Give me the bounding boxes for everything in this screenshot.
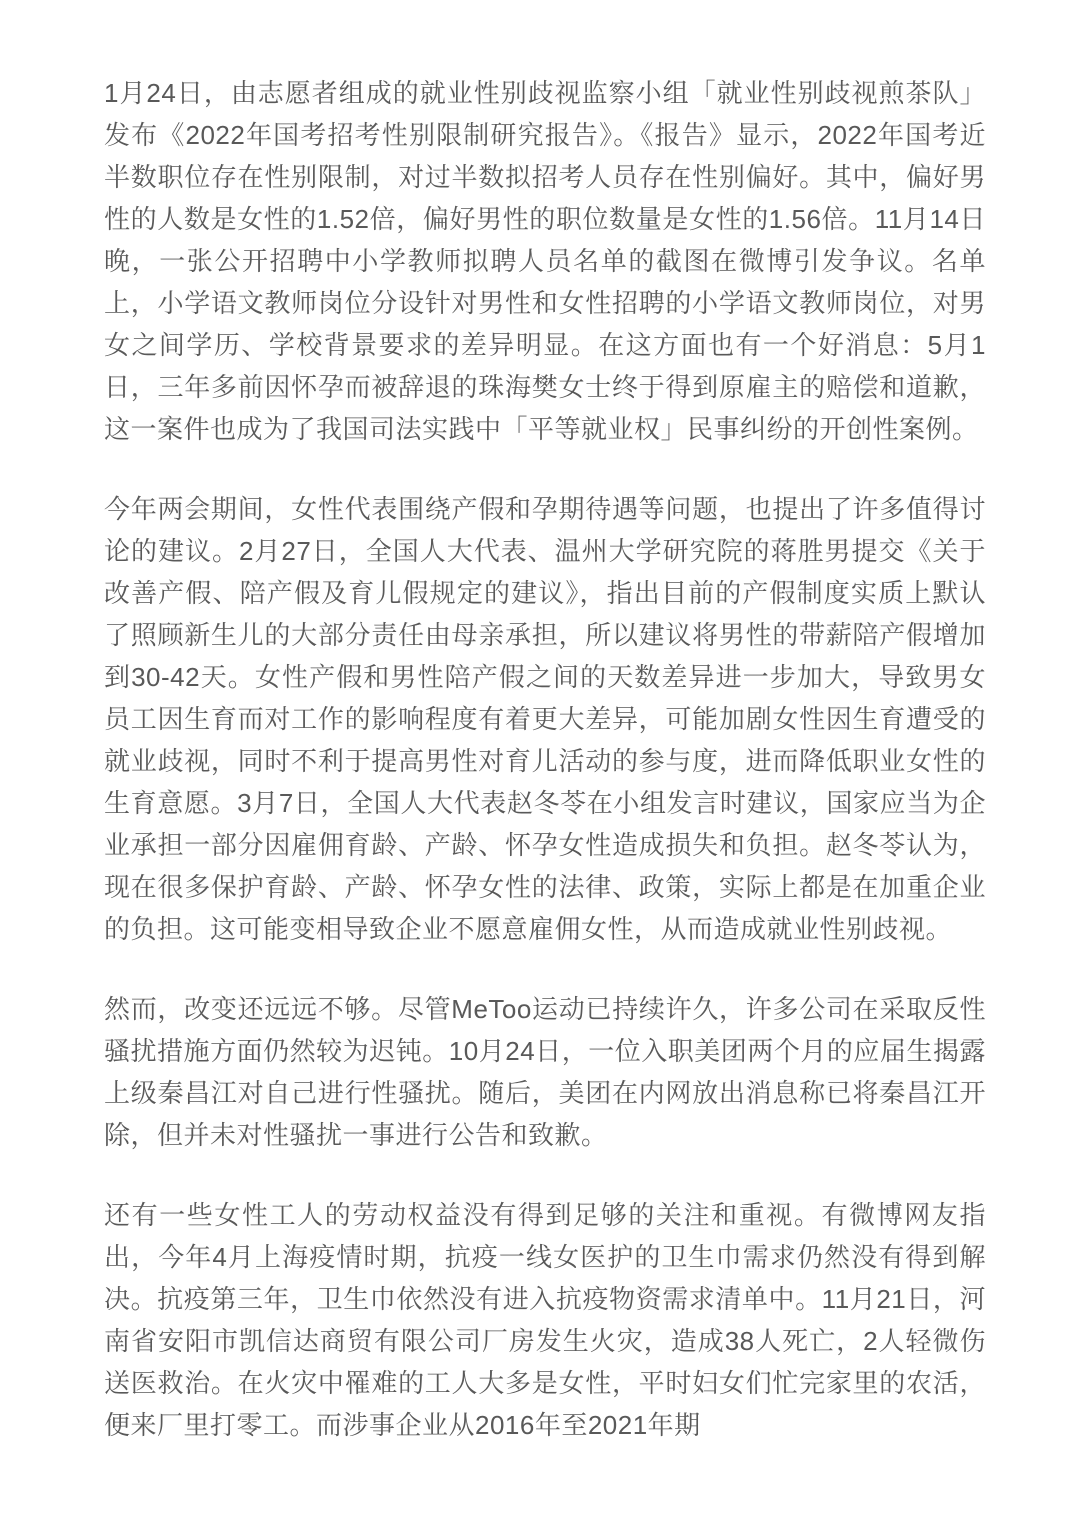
paragraph-2: 今年两会期间，女性代表围绕产假和孕期待遇等问题，也提出了许多值得讨论的建议。2月… — [104, 488, 986, 950]
paragraph-4: 还有一些女性工人的劳动权益没有得到足够的关注和重视。有微博网友指出，今年4月上海… — [104, 1194, 986, 1446]
article-body: 1月24日，由志愿者组成的就业性别歧视监察小组「就业性别歧视煎茶队」发布《202… — [104, 72, 986, 1446]
paragraph-3: 然而，改变还远远不够。尽管MeToo运动已持续许久，许多公司在采取反性骚扰措施方… — [104, 988, 986, 1156]
paragraph-1: 1月24日，由志愿者组成的就业性别歧视监察小组「就业性别歧视煎茶队」发布《202… — [104, 72, 986, 450]
document-page: 1月24日，由志愿者组成的就业性别歧视监察小组「就业性别歧视煎茶队」发布《202… — [0, 0, 1080, 1528]
